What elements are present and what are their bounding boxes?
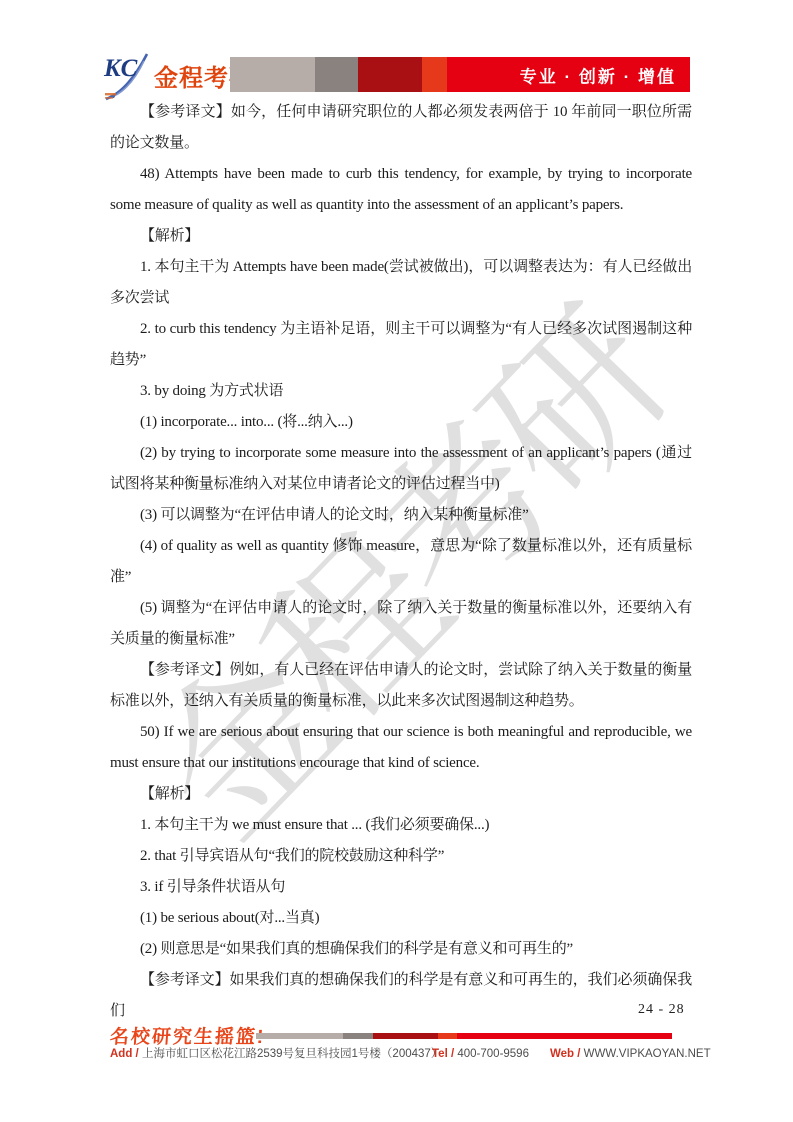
color-bar-segment [230,57,315,92]
paragraph: 【参考译文】例如，有人已经在评估申请人的论文时，尝试除了纳入关于数量的衡量标准以… [110,655,692,717]
document-page: KC 金程考研 专业 · 创新 · 增值 金程考研 【参考译文】如今，任何申请研… [0,0,793,1122]
paragraph: 1. 本句主干为 we must ensure that ... (我们必须要确… [110,810,692,841]
paragraph: 3. if 引导条件状语从句 [110,872,692,903]
address-value: 上海市虹口区松花江路2539号复旦科技园1号楼（200437） [142,1048,442,1060]
color-bar-segment [358,57,422,92]
color-bar-segment [438,1033,457,1039]
footer-address: Add / 上海市虹口区松花江路2539号复旦科技园1号楼（200437） [110,1046,442,1062]
tel-value: 400-700-9596 [457,1048,529,1060]
web-value: WWW.VIPKAOYAN.NET [584,1048,711,1060]
paragraph: 50) If we are serious about ensuring tha… [110,717,692,779]
footer-contact-row: Add / 上海市虹口区松花江路2539号复旦科技园1号楼（200437） Te… [110,1046,690,1064]
color-bar-segment [457,1033,672,1039]
color-bar-segment [422,57,447,92]
paragraph: (3) 可以调整为“在评估申请人的论文时，纳入某种衡量标准” [110,500,692,531]
header-slogan: 专业 · 创新 · 增值 [520,62,676,87]
address-label: Add [110,1048,132,1060]
footer-tel: Tel / 400-700-9596 [432,1046,529,1062]
paragraph: (4) of quality as well as quantity 修饰 me… [110,531,692,593]
paragraph: (1) be serious about(对...当真) [110,903,692,934]
footer-slogan: 名校研究生摇篮! [109,1022,266,1049]
page-number: 24 - 28 [638,1002,685,1018]
color-bar-segment [315,57,358,92]
paragraph: 【参考译文】如果我们真的想确保我们的科学是有意义和可再生的，我们必须确保我们 [110,965,692,1027]
paragraph: 【解析】 [110,779,692,810]
kcy-logo-icon: KC [102,49,152,101]
tel-label: Tel [432,1048,448,1060]
paragraph: 【解析】 [110,221,692,252]
web-label: Web [550,1048,574,1060]
paragraph: (2) 则意思是“如果我们真的想确保我们的科学是有意义和可再生的” [110,934,692,965]
paragraph: (5) 调整为“在评估申请人的论文时，除了纳入关于数量的衡量标准以外，还要纳入有… [110,593,692,655]
paragraph: 2. that 引导宾语从句“我们的院校鼓励这种科学” [110,841,692,872]
footer-web: Web / WWW.VIPKAOYAN.NET [550,1046,711,1062]
footer-color-line [256,1033,672,1039]
color-bar-segment [373,1033,438,1039]
paragraph: 3. by doing 为方式状语 [110,376,692,407]
header-color-bar: 专业 · 创新 · 增值 [230,57,690,92]
paragraph: 2. to curb this tendency 为主语补足语，则主干可以调整为… [110,314,692,376]
document-body: 【参考译文】如今，任何申请研究职位的人都必须发表两倍于 10 年前同一职位所需的… [110,97,692,1027]
paragraph: 48) Attempts have been made to curb this… [110,159,692,221]
paragraph: (1) incorporate... into... (将...纳入...) [110,407,692,438]
page-header: KC 金程考研 专业 · 创新 · 增值 [0,0,793,110]
paragraph: (2) by trying to incorporate some measur… [110,438,692,500]
color-bar-segment [343,1033,373,1039]
color-bar-segment [256,1033,343,1039]
svg-text:KC: KC [103,55,138,82]
paragraph: 1. 本句主干为 Attempts have been made(尝试被做出)，… [110,252,692,314]
